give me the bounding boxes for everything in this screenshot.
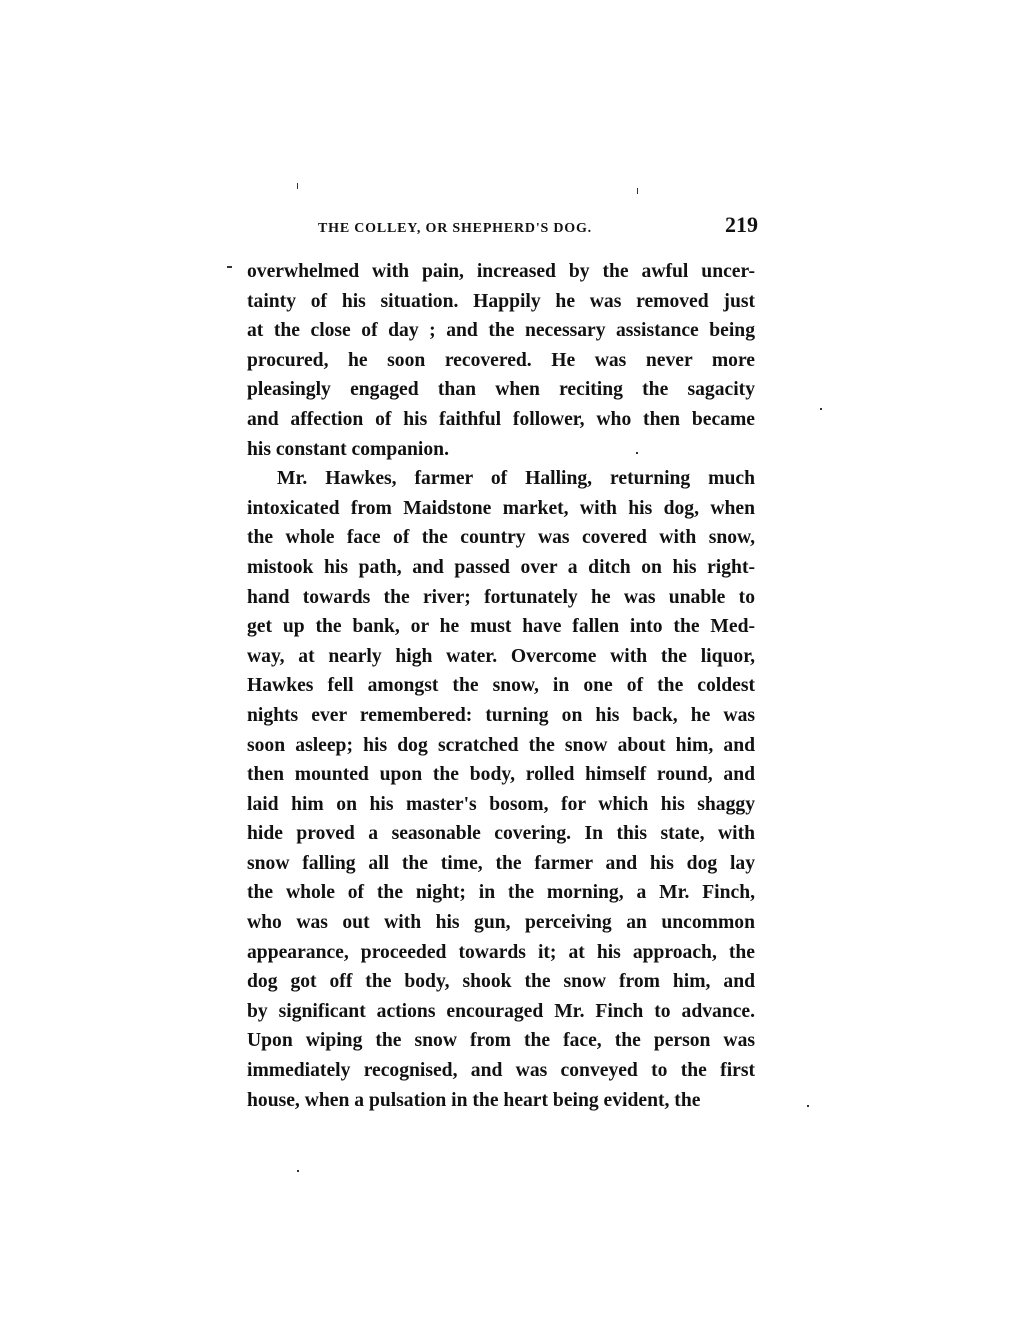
text-line: and affection of his faithful follower, … (247, 405, 755, 435)
text-line: soon asleep; his dog scratched the snow … (247, 731, 755, 761)
text-line: the whole of the night; in the morning, … (247, 878, 755, 908)
scan-speck (807, 1105, 809, 1107)
text-line: nights ever remembered: turning on his b… (247, 701, 755, 731)
text-line: house, when a pulsation in the heart bei… (247, 1086, 755, 1116)
text-line: procured, he soon recovered. He was neve… (247, 346, 755, 376)
page-number: 219 (725, 212, 758, 238)
text-line: Upon wiping the snow from the face, the … (247, 1026, 755, 1056)
text-line: Mr. Hawkes, farmer of Halling, returning… (247, 464, 755, 494)
text-line: intoxicated from Maidstone market, with … (247, 494, 755, 524)
scan-speck (297, 183, 298, 189)
text-line: way, at nearly high water. Overcome with… (247, 642, 755, 672)
text-line: Hawkes fell amongst the snow, in one of … (247, 671, 755, 701)
text-line: the whole face of the country was covere… (247, 523, 755, 553)
text-line: overwhelmed with pain, increased by the … (247, 257, 755, 287)
text-line: then mounted upon the body, rolled himse… (247, 760, 755, 790)
scan-speck (297, 1170, 299, 1172)
text-line: by significant actions encouraged Mr. Fi… (247, 997, 755, 1027)
text-line: get up the bank, or he must have fallen … (247, 612, 755, 642)
text-line: pleasingly engaged than when reciting th… (247, 375, 755, 405)
scan-speck (227, 266, 232, 268)
scan-speck (636, 452, 638, 454)
text-line: appearance, proceeded towards it; at his… (247, 938, 755, 968)
scan-speck (637, 188, 638, 194)
text-line: laid him on his master's bosom, for whic… (247, 790, 755, 820)
text-line: dog got off the body, shook the snow fro… (247, 967, 755, 997)
scan-speck (820, 408, 822, 410)
text-line: tainty of his situation. Happily he was … (247, 287, 755, 317)
text-line: who was out with his gun, perceiving an … (247, 908, 755, 938)
text-line: at the close of day ; and the necessary … (247, 316, 755, 346)
text-line: mistook his path, and passed over a ditc… (247, 553, 755, 583)
running-head: THE COLLEY, OR SHEPHERD'S DOG. 219 (318, 212, 758, 242)
text-line: snow falling all the time, the farmer an… (247, 849, 755, 879)
text-line: hide proved a seasonable covering. In th… (247, 819, 755, 849)
text-line: hand towards the river; fortunately he w… (247, 583, 755, 613)
running-title: THE COLLEY, OR SHEPHERD'S DOG. (318, 221, 592, 237)
text-line: his constant companion. (247, 435, 755, 465)
book-page: THE COLLEY, OR SHEPHERD'S DOG. 219 overw… (0, 0, 1033, 1339)
text-line: immediately recognised, and was conveyed… (247, 1056, 755, 1086)
body-text: overwhelmed with pain, increased by the … (247, 257, 755, 1115)
